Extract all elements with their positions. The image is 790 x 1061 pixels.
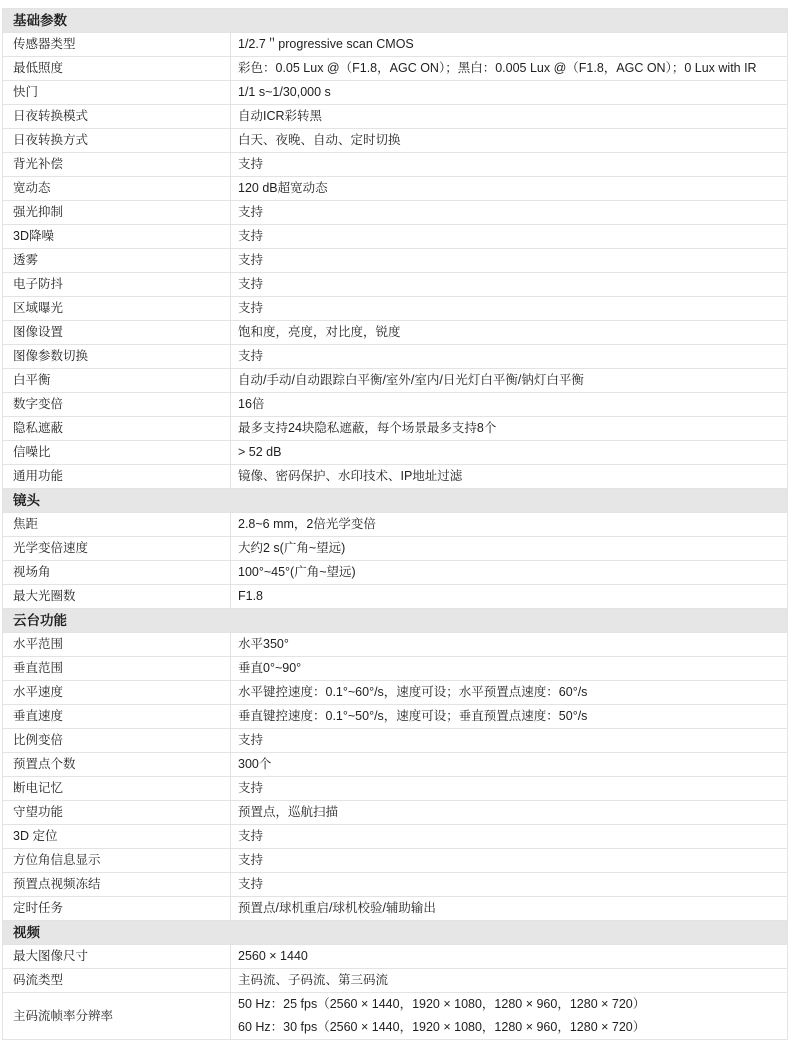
section-title: 镜头 [3,489,788,513]
spec-label: 焦距 [3,513,231,537]
table-row: 码流类型主码流、子码流、第三码流 [3,969,788,993]
table-row: 背光补偿支持 [3,153,788,177]
spec-label: 快门 [3,81,231,105]
spec-label: 通用功能 [3,465,231,489]
table-row: 方位角信息显示支持 [3,849,788,873]
spec-label: 宽动态 [3,177,231,201]
spec-label: 3D降噪 [3,225,231,249]
spec-label: 方位角信息显示 [3,849,231,873]
spec-table: 基础参数传感器类型1/2.7＂progressive scan CMOS最低照度… [2,8,788,1040]
spec-value: 水平350° [231,633,788,657]
spec-label: 码流类型 [3,969,231,993]
table-row: 快门1/1 s~1/30,000 s [3,81,788,105]
spec-value: 支持 [231,225,788,249]
table-row: 断电记忆支持 [3,777,788,801]
table-row: 最大光圈数F1.8 [3,585,788,609]
table-row: 图像设置饱和度，亮度，对比度，锐度 [3,321,788,345]
section-title: 基础参数 [3,9,788,33]
table-row: 白平衡自动/手动/自动跟踪白平衡/室外/室内/日光灯白平衡/钠灯白平衡 [3,369,788,393]
spec-value: 大约2 s(广角~望远) [231,537,788,561]
spec-label: 图像参数切换 [3,345,231,369]
spec-value: 1/2.7＂progressive scan CMOS [231,33,788,57]
spec-value: 支持 [231,345,788,369]
table-row: 宽动态120 dB超宽动态 [3,177,788,201]
table-row: 信噪比> 52 dB [3,441,788,465]
table-row: 比例变倍支持 [3,729,788,753]
spec-value-line: 60 Hz：30 fps（2560 × 1440，1920 × 1080，128… [238,1016,779,1039]
table-row: 数字变倍16倍 [3,393,788,417]
table-row: 图像参数切换支持 [3,345,788,369]
spec-label: 强光抑制 [3,201,231,225]
spec-value: 自动ICR彩转黑 [231,105,788,129]
table-row: 最大图像尺寸2560 × 1440 [3,945,788,969]
section-header-row: 基础参数 [3,9,788,33]
spec-label: 区域曝光 [3,297,231,321]
spec-value: 彩色：0.05 Lux @（F1.8，AGC ON）；黑白：0.005 Lux … [231,57,788,81]
spec-label: 日夜转换模式 [3,105,231,129]
spec-label: 数字变倍 [3,393,231,417]
spec-value: 支持 [231,249,788,273]
spec-value: 垂直0°~90° [231,657,788,681]
spec-value: 支持 [231,153,788,177]
section-title: 云台功能 [3,609,788,633]
spec-label: 预置点视频冻结 [3,873,231,897]
table-row: 水平范围水平350° [3,633,788,657]
spec-value: 水平键控速度：0.1°~60°/s，速度可设；水平预置点速度：60°/s [231,681,788,705]
spec-label: 守望功能 [3,801,231,825]
table-row: 日夜转换模式自动ICR彩转黑 [3,105,788,129]
table-row: 垂直范围垂直0°~90° [3,657,788,681]
spec-value: > 52 dB [231,441,788,465]
spec-value: 最多支持24块隐私遮蔽，每个场景最多支持8个 [231,417,788,441]
section-title: 视频 [3,921,788,945]
spec-value: 饱和度，亮度，对比度，锐度 [231,321,788,345]
spec-value: F1.8 [231,585,788,609]
table-row: 传感器类型1/2.7＂progressive scan CMOS [3,33,788,57]
spec-value: 1/1 s~1/30,000 s [231,81,788,105]
spec-value: 垂直键控速度：0.1°~50°/s，速度可设；垂直预置点速度：50°/s [231,705,788,729]
spec-value: 50 Hz：25 fps（2560 × 1440，1920 × 1080，128… [231,993,788,1040]
spec-table-body: 基础参数传感器类型1/2.7＂progressive scan CMOS最低照度… [3,9,788,1040]
spec-value: 支持 [231,729,788,753]
spec-value: 16倍 [231,393,788,417]
spec-label: 信噪比 [3,441,231,465]
spec-label: 白平衡 [3,369,231,393]
spec-label: 最低照度 [3,57,231,81]
spec-value: 120 dB超宽动态 [231,177,788,201]
spec-value: 预置点，巡航扫描 [231,801,788,825]
table-row: 水平速度水平键控速度：0.1°~60°/s，速度可设；水平预置点速度：60°/s [3,681,788,705]
spec-value: 支持 [231,825,788,849]
spec-label: 水平速度 [3,681,231,705]
spec-value: 白天、夜晚、自动、定时切换 [231,129,788,153]
spec-label: 视场角 [3,561,231,585]
spec-label: 背光补偿 [3,153,231,177]
table-row: 预置点视频冻结支持 [3,873,788,897]
spec-label: 隐私遮蔽 [3,417,231,441]
spec-value: 支持 [231,201,788,225]
spec-label: 传感器类型 [3,33,231,57]
spec-value: 预置点/球机重启/球机校验/辅助输出 [231,897,788,921]
table-row: 强光抑制支持 [3,201,788,225]
spec-label: 垂直速度 [3,705,231,729]
spec-label: 最大图像尺寸 [3,945,231,969]
table-row: 定时任务预置点/球机重启/球机校验/辅助输出 [3,897,788,921]
spec-value: 支持 [231,273,788,297]
spec-label: 比例变倍 [3,729,231,753]
spec-value: 2.8~6 mm，2倍光学变倍 [231,513,788,537]
section-header-row: 镜头 [3,489,788,513]
table-row: 日夜转换方式白天、夜晚、自动、定时切换 [3,129,788,153]
table-row: 主码流帧率分辨率50 Hz：25 fps（2560 × 1440，1920 × … [3,993,788,1040]
spec-label: 预置点个数 [3,753,231,777]
spec-label: 电子防抖 [3,273,231,297]
spec-label: 垂直范围 [3,657,231,681]
table-row: 透雾支持 [3,249,788,273]
table-row: 预置点个数300个 [3,753,788,777]
spec-label: 最大光圈数 [3,585,231,609]
spec-label: 主码流帧率分辨率 [3,993,231,1040]
spec-value: 100°~45°(广角~望远) [231,561,788,585]
table-row: 区域曝光支持 [3,297,788,321]
spec-value: 镜像、密码保护、水印技术、IP地址过滤 [231,465,788,489]
spec-value: 主码流、子码流、第三码流 [231,969,788,993]
spec-value: 300个 [231,753,788,777]
table-row: 焦距2.8~6 mm，2倍光学变倍 [3,513,788,537]
spec-value: 2560 × 1440 [231,945,788,969]
spec-label: 定时任务 [3,897,231,921]
spec-label: 3D 定位 [3,825,231,849]
table-row: 守望功能预置点，巡航扫描 [3,801,788,825]
table-row: 最低照度彩色：0.05 Lux @（F1.8，AGC ON）；黑白：0.005 … [3,57,788,81]
table-row: 垂直速度垂直键控速度：0.1°~50°/s，速度可设；垂直预置点速度：50°/s [3,705,788,729]
spec-label: 透雾 [3,249,231,273]
spec-label: 光学变倍速度 [3,537,231,561]
spec-sheet-page: 基础参数传感器类型1/2.7＂progressive scan CMOS最低照度… [0,0,790,1061]
spec-value: 支持 [231,873,788,897]
section-header-row: 云台功能 [3,609,788,633]
spec-value-line: 50 Hz：25 fps（2560 × 1440，1920 × 1080，128… [238,993,779,1016]
table-row: 隐私遮蔽最多支持24块隐私遮蔽，每个场景最多支持8个 [3,417,788,441]
spec-label: 断电记忆 [3,777,231,801]
spec-value: 支持 [231,777,788,801]
spec-value: 支持 [231,297,788,321]
section-header-row: 视频 [3,921,788,945]
spec-label: 水平范围 [3,633,231,657]
table-row: 3D降噪支持 [3,225,788,249]
table-row: 3D 定位支持 [3,825,788,849]
table-row: 光学变倍速度大约2 s(广角~望远) [3,537,788,561]
spec-value: 自动/手动/自动跟踪白平衡/室外/室内/日光灯白平衡/钠灯白平衡 [231,369,788,393]
table-row: 视场角100°~45°(广角~望远) [3,561,788,585]
spec-value: 支持 [231,849,788,873]
spec-label: 日夜转换方式 [3,129,231,153]
table-row: 电子防抖支持 [3,273,788,297]
table-row: 通用功能镜像、密码保护、水印技术、IP地址过滤 [3,465,788,489]
spec-label: 图像设置 [3,321,231,345]
